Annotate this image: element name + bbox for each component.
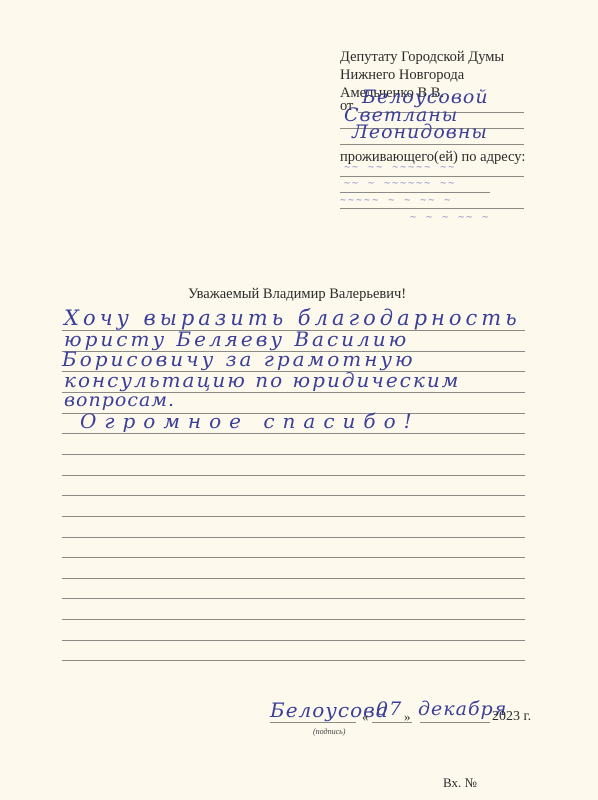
address-redacted-line-3: ~~~~~ ~ ~ ~~ ~ bbox=[340, 195, 452, 206]
letter-body-line: вопросам. bbox=[64, 389, 175, 411]
sender-name-rule-3 bbox=[340, 144, 524, 145]
ruled-line bbox=[62, 516, 525, 517]
ruled-line bbox=[62, 640, 525, 641]
letter-body-line: Огромное спасибо! bbox=[80, 409, 420, 433]
ruled-line bbox=[62, 578, 525, 579]
address-rule-3 bbox=[340, 208, 524, 209]
sender-name-line-3: Леонидовны bbox=[352, 121, 488, 143]
date-open-quote: « bbox=[362, 708, 369, 726]
ruled-line bbox=[62, 557, 525, 558]
incoming-number-label: Вх. № bbox=[443, 774, 477, 792]
address-redacted-line-1: ~~ ~~ ~~~~~ ~~ bbox=[344, 162, 456, 173]
date-close-quote: » bbox=[404, 708, 411, 726]
ruled-line bbox=[62, 598, 525, 599]
address-redacted-line-4: ~ ~ ~ ~~ ~ bbox=[410, 212, 490, 223]
address-redacted-line-2: ~~ ~ ~~~~~~ ~~ bbox=[344, 178, 456, 189]
date-day: 07 bbox=[376, 698, 402, 720]
signature: Белоусова bbox=[270, 698, 389, 722]
recipient-line-1: Депутату Городской Думы bbox=[340, 48, 504, 66]
date-year: 2023 г. bbox=[492, 708, 531, 726]
ruled-line bbox=[62, 619, 525, 620]
signature-rule bbox=[270, 722, 356, 723]
greeting: Уважаемый Владимир Валерьевич! bbox=[188, 285, 406, 303]
ruled-line bbox=[62, 475, 525, 476]
ruled-line bbox=[62, 660, 525, 661]
ruled-line bbox=[62, 433, 525, 434]
ruled-line bbox=[62, 495, 525, 496]
address-rule-1 bbox=[340, 176, 524, 177]
address-rule-2 bbox=[340, 192, 490, 193]
month-rule bbox=[420, 722, 490, 723]
ruled-line bbox=[62, 537, 525, 538]
recipient-line-2: Нижнего Новгорода bbox=[340, 66, 504, 84]
signature-label: (подпись) bbox=[313, 727, 345, 736]
ruled-line bbox=[62, 454, 525, 455]
